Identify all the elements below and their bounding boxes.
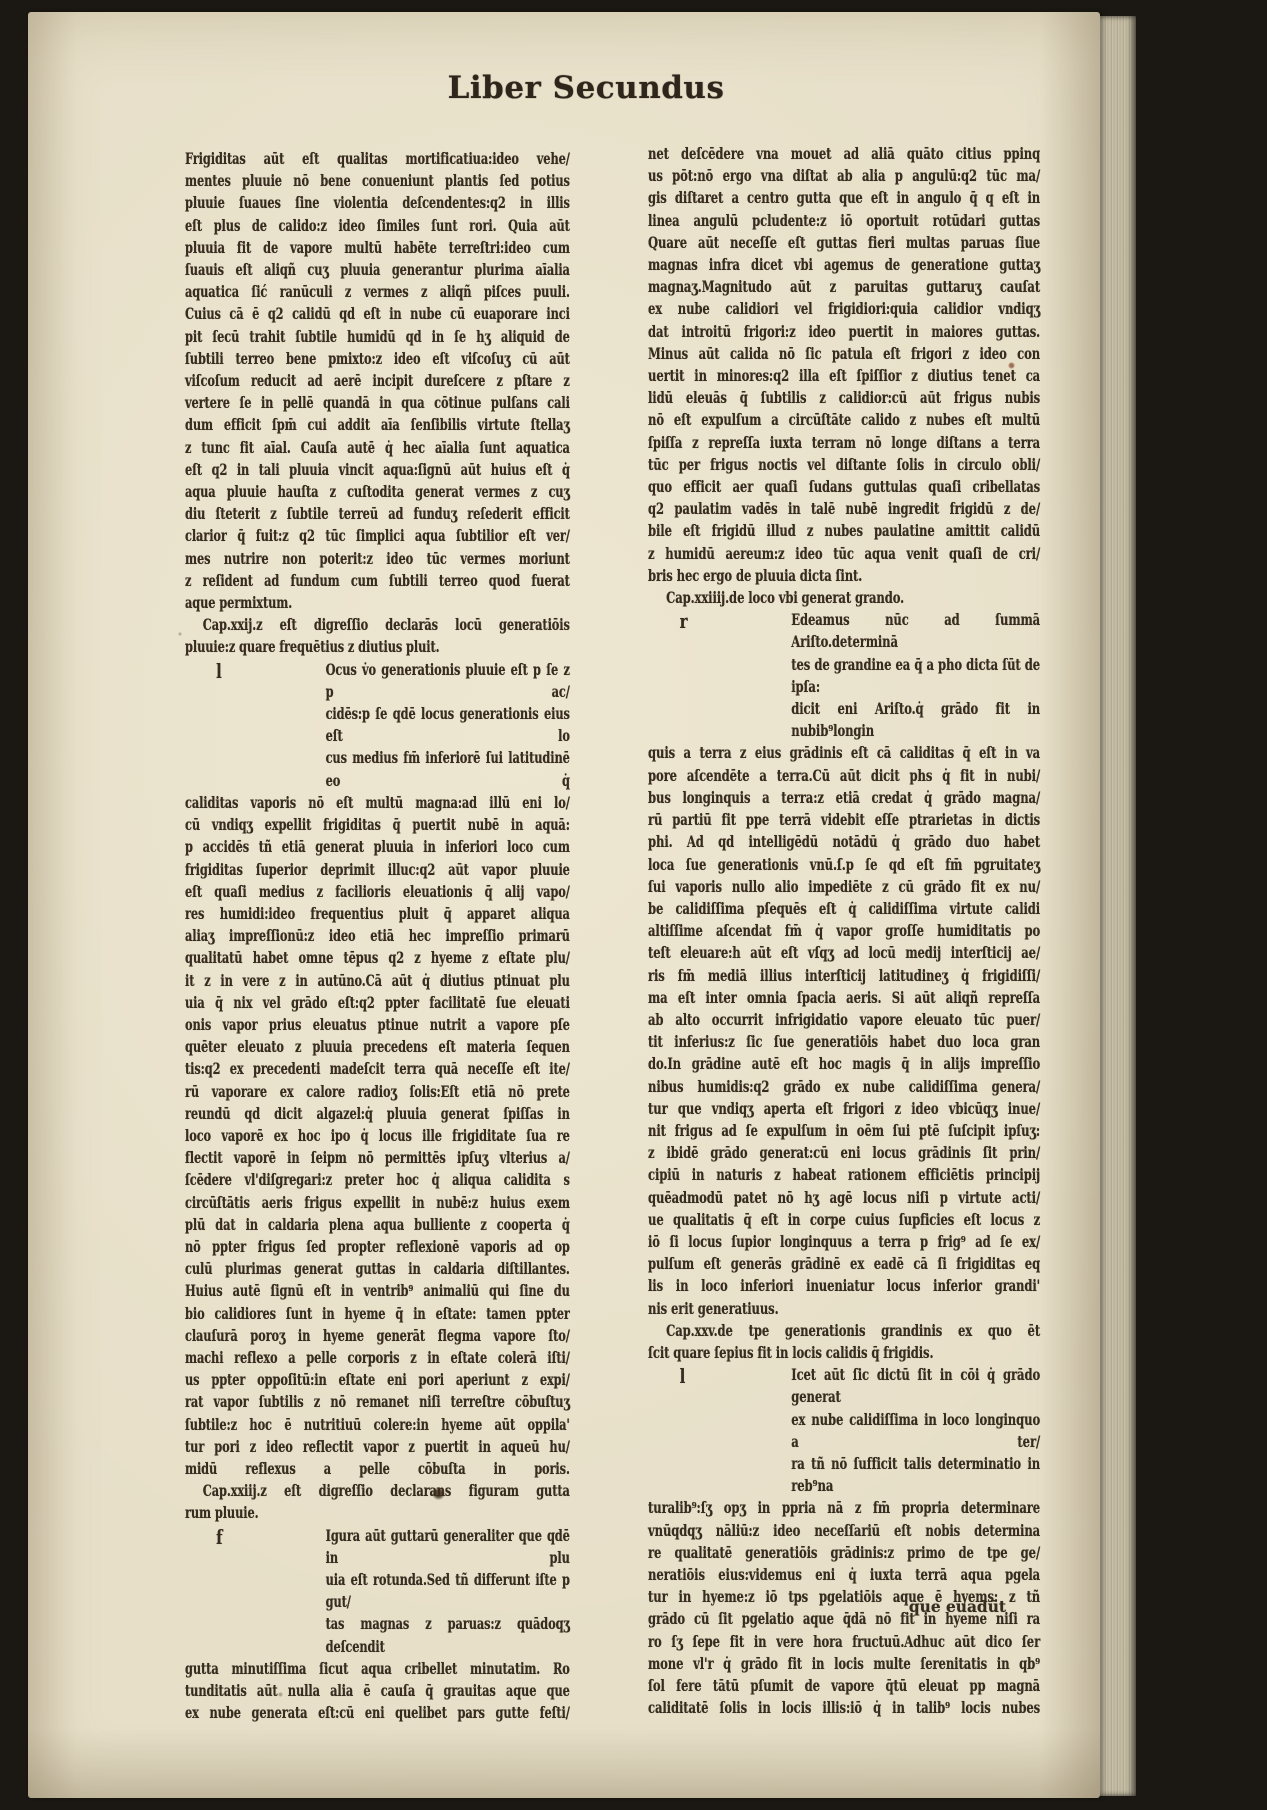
text-line: gis diſtaret a centro gutta que eſt in a… — [648, 187, 1040, 209]
text-line: culū plurimas generat guttas in caldaria… — [185, 1258, 570, 1280]
running-title: Liber Secundus — [28, 70, 1100, 106]
text-line: re qualitatē generatiōis grādinis:z prim… — [648, 1542, 1040, 1564]
text-line: do.In grādine autē eſt hoc magis q̄ in a… — [648, 1053, 1040, 1075]
text-line: Cap.xxiiij.de loco vbi generat grando. — [648, 587, 1040, 609]
text-line: clauſurā poroʒ in hyeme generāt flegma v… — [185, 1325, 570, 1347]
text-line: ſui vaporis nullo alio impediēte z cū gr… — [648, 876, 1040, 898]
text-line: nis erit generatiuus. — [648, 1298, 1040, 1320]
text-line: bus longinquis a terra:z etiā credat q̇ … — [648, 787, 1040, 809]
text-line: us ppter oppoſitū:in eſtate eni pori ape… — [185, 1369, 570, 1391]
text-line: aquatica ſić ranūculi z vermes z aliqñ p… — [185, 281, 570, 303]
text-line: rū partiū fit ppe terrā videbit eſſe ptr… — [648, 809, 1040, 831]
text-line: it z in vere z in autūno.Cā aūt q̇ diuti… — [185, 970, 570, 992]
text-line: eſt plus de calido:z ideo ſimiles ſunt r… — [185, 215, 570, 237]
text-line: tas magnas z paruas:z quādoqʒ deſcendit — [326, 1613, 570, 1657]
text-column-left: Frigiditas aūt eſt qualitas mortificatiu… — [185, 148, 570, 1724]
text-line: z humidū aereum:z ideo tūc aqua venit qu… — [648, 543, 1040, 565]
text-line: qualitatū habet omne tēpus q2 z hyeme z … — [185, 947, 570, 969]
text-line: quo efficit aer quaſi ſudans guttulas qu… — [648, 476, 1040, 498]
text-line: pore aſcendēte a terra.Cū aūt dicit phs … — [648, 765, 1040, 787]
text-line: mes nutrire non poterit:z ideo tūc verme… — [185, 548, 570, 570]
text-line: turalib⁹:ſʒ opʒ in ppria nā z fm̄ propri… — [648, 1497, 1040, 1519]
text-line: vertere ſe in pellē quandā in qua cōtinu… — [185, 392, 570, 414]
text-line: quēadmodū patet nō hʒ agē locus niſi p v… — [648, 1187, 1040, 1209]
text-line: mentes pluuie nō bene conueniunt plantis… — [185, 170, 570, 192]
text-line: rū vaporare ex calore radioʒ ſolis:Eſt e… — [185, 1081, 570, 1103]
text-line: ſol fere tātū pſumit de vapore q̄tū eleu… — [648, 1675, 1040, 1697]
text-line: teſt eleuare:h aūt eſt vſqʒ ad locū medi… — [648, 942, 1040, 964]
text-line: ſubtile:z hoc ē nutritiuū colere:in hyem… — [185, 1414, 570, 1436]
text-line: linea angulū pcludente:z iō oportuit rot… — [648, 210, 1040, 232]
text-line: nibus humidis:q2 grādo ex nube calidiſſi… — [648, 1076, 1040, 1098]
text-line: ſcit quare ſepius fit in locis calidis q… — [648, 1342, 1040, 1364]
text-line: magnas infra dicet vbi agemus de generat… — [648, 254, 1040, 276]
text-line: eſt quaſi medius z facilioris eleuationi… — [185, 881, 570, 903]
text-line: z tunc fit aīal. Cauſa autē q̇ hec aīali… — [185, 437, 570, 459]
text-line: tes de grandine ea q̄ a pho dicta ſūt de… — [791, 654, 1040, 698]
text-line: viſcoſum reducit ad aerē incipit dureſce… — [185, 370, 570, 392]
book-page: Liber Secundus Frigiditas aūt eſt qualit… — [28, 12, 1100, 1798]
text-line: uia eſt rotunda.Sed tñ differunt iſte p … — [326, 1569, 570, 1613]
text-line: rum pluuie. — [185, 1502, 570, 1524]
book-fore-edge — [1100, 16, 1136, 1796]
text-line: cū vndiqʒ expellit frigiditas q̄ puertit… — [185, 814, 570, 836]
chapter-opening: rEdeamus nūc ad ſummā Ariſto.determināte… — [648, 609, 1040, 742]
text-line: net deſcēdere vna mouet ad aliā quāto ci… — [648, 143, 1040, 165]
paper-speck — [178, 632, 182, 636]
text-line: iō ſi locus ſupior longinquus a terra p … — [648, 1231, 1040, 1253]
text-line: clarior q̄ fuit:z q2 tūc ſimplici aqua ſ… — [185, 525, 570, 547]
text-line: tur que vndiqʒ aperta eſt frigori z ideo… — [648, 1098, 1040, 1120]
initial-guide-letter: l — [216, 660, 222, 682]
text-line: Cap.xxiij.z eſt digreſſio declarans figu… — [185, 1480, 570, 1502]
text-line: lis in loco inferiori inueniatur locus i… — [648, 1275, 1040, 1297]
text-line: quis a terra z eius grādinis eſt cā cali… — [648, 742, 1040, 764]
text-line: dicit eni Ariſto.q̇ grādo fit in nubib⁹l… — [791, 698, 1040, 742]
text-line: bris hec ergo de pluuia dicta ſint. — [648, 565, 1040, 587]
chapter-opening: lOcus v̇o generationis pluuie eſt p ſe z… — [185, 659, 570, 792]
text-line: phi. Ad qd intelligēdū notādū q̇ grādo d… — [648, 831, 1040, 853]
text-line: aqua pluuie hauſta z cuſtodita generat v… — [185, 481, 570, 503]
text-line: cidēs:p ſe qdē locus generationis eius e… — [326, 703, 570, 747]
text-line: midū reflexus a pelle cōbuſta in poris. — [185, 1458, 570, 1480]
text-line: pit ſecū trahit ſubtile humidū qd in ſe … — [185, 326, 570, 348]
text-line: uia q̄ nix vel grādo eſt:q2 ppter facili… — [185, 992, 570, 1014]
text-line: ex nube calidiori vel frigidiori:quia ca… — [648, 298, 1040, 320]
text-line: aque permixtum. — [185, 592, 570, 614]
text-line: ra tñ nō ſufficit talis determinatio in … — [791, 1453, 1040, 1497]
text-line: Ocus v̇o generationis pluuie eſt p ſe z … — [326, 659, 570, 703]
text-line: nō eſt expulſum a circūſtāte calido z nu… — [648, 409, 1040, 431]
text-line: ex nube calidiſſima in loco longinquo a … — [791, 1409, 1040, 1453]
text-line: bile eſt frigidū illud z nubes paulatine… — [648, 520, 1040, 542]
text-line: loca ſue generationis vnū.ſ.p ſe qd eſt … — [648, 854, 1040, 876]
paper-speck — [278, 1692, 283, 1697]
text-line: Igura aūt guttarū generaliter que qdē in… — [326, 1525, 570, 1569]
text-line: tūc per frigus noctis vel diſtante ſolis… — [648, 454, 1040, 476]
text-line: eſt q2 in tali pluuia vincit aqua:ſignū … — [185, 459, 570, 481]
text-line: Cap.xxij.z eſt digreſſio declarās locū g… — [185, 614, 570, 636]
text-line: ue qualitatis q̄ eſt in corpe cuius ſupf… — [648, 1209, 1040, 1231]
text-line: ma eſt inter omnia ſpacia aeris. Si aūt … — [648, 987, 1040, 1009]
text-line: ris fm̄ mediā illius interſticij latitud… — [648, 965, 1040, 987]
text-line: ſubtili terreo bene pmixto:z ideo eſt vi… — [185, 348, 570, 370]
text-line: pluuie ſuaues ſine violentia deſcendente… — [185, 192, 570, 214]
text-line: Quare aūt neceſſe eſt guttas fieri multa… — [648, 232, 1040, 254]
text-line: cipiū in naturis z habeat rationem effic… — [648, 1164, 1040, 1186]
text-line: neratiōis eius:videmus eni q̇ iuxta terr… — [648, 1564, 1040, 1586]
text-line: Minus aūt calida nō ſic patula eſt frigo… — [648, 343, 1040, 365]
text-line: p accidēs tñ etiā generat pluuia in infe… — [185, 836, 570, 858]
text-line: uertit in minores:q2 illa eſt ſpiſſior z… — [648, 365, 1040, 387]
ink-blot — [432, 1487, 445, 1500]
text-line: onis vapor prius eleuatus ptinue nutrit … — [185, 1014, 570, 1036]
text-line: be calidiſſima pſequēs eſt q̇ calidiſſim… — [648, 898, 1040, 920]
text-line: caliditatē ſolis in locis illis:iō q̇ in… — [648, 1697, 1040, 1719]
text-line: magnaʒ.Magnitudo aūt z paruitas guttaruʒ… — [648, 276, 1040, 298]
text-line: nit frigus ad ſe expulſum in oēm ſui ptē… — [648, 1120, 1040, 1142]
text-line: gutta minutiſſima ſicut aqua cribellet m… — [185, 1658, 570, 1680]
text-line: pluuia fit de vapore multū habēte terreſ… — [185, 237, 570, 259]
initial-guide-letter: f — [216, 1526, 222, 1548]
text-line: altiſſime aſcendat fm̄ q̇ vapor groſſe h… — [648, 920, 1040, 942]
text-line: nō ppter frigus ſed propter reflexionē v… — [185, 1236, 570, 1258]
text-line: ro ſʒ ſepe fit in vere hora fructuū.Adhu… — [648, 1631, 1040, 1653]
text-line: caliditas vaporis nō eſt multū magna:ad … — [185, 792, 570, 814]
text-line: flectit vaporē in ſeipm nō permittēs ipſ… — [185, 1147, 570, 1169]
text-line: tunditatis aūt nulla alia ē cauſa q̄ gra… — [185, 1680, 570, 1702]
text-line: res humidi:ideo frequentius pluit q̄ app… — [185, 903, 570, 925]
text-line: ex nube generata eſt:cū eni quelibet par… — [185, 1702, 570, 1724]
text-line: loco vaporē ex hoc ipo q̇ locus ille fri… — [185, 1125, 570, 1147]
ink-spot — [1008, 362, 1015, 369]
text-line: diu ſteterit z ſubtile terreū ad funduʒ … — [185, 503, 570, 525]
text-line: z reſident ad fundum cum ſubtili terreo … — [185, 570, 570, 592]
chapter-opening: fIgura aūt guttarū generaliter que qdē i… — [185, 1525, 570, 1658]
text-line: plū dat in caldaria plena aqua bulliente… — [185, 1214, 570, 1236]
text-line: Frigiditas aūt eſt qualitas mortificatiu… — [185, 148, 570, 170]
text-line: ſcēdere vl'diſgregari:z preter hoc q̇ al… — [185, 1169, 570, 1191]
text-line: Edeamus nūc ad ſummā Ariſto.determinā — [791, 609, 1040, 653]
text-line: pluuie:z quare frequētius z diutius plui… — [185, 636, 570, 658]
text-line: pulſum eſt generās grādinē ex eadē cā ſi… — [648, 1253, 1040, 1275]
text-line: Huius autē ſignū eſt in ventrib⁹ animali… — [185, 1280, 570, 1302]
text-line: bio calidiores ſunt in hyeme q̄ in eſtat… — [185, 1303, 570, 1325]
text-line: z ibidē grādo generat:cū eni locus grādi… — [648, 1142, 1040, 1164]
text-line: aliaʒ impreſſionū:z ideo etiā hec impreſ… — [185, 925, 570, 947]
text-line: us pōt:nō ergo vna diſtat ab alia p angu… — [648, 165, 1040, 187]
text-line: rat vapor ſubtilis z nō remanet niſi ter… — [185, 1391, 570, 1413]
text-line: ſpiſſa z repreſſa iuxta terram nō longe … — [648, 432, 1040, 454]
text-column-right: net deſcēdere vna mouet ad aliā quāto ci… — [648, 143, 1040, 1719]
text-line: dat introitū frigori:z ideo puertit in m… — [648, 321, 1040, 343]
text-line: q2 paulatim vadēs in talē nubē ingredit … — [648, 498, 1040, 520]
text-line: cus medius fm̄ inferiorē ſui latitudinē … — [326, 747, 570, 791]
text-line: mone vl'r q̇ grādo fit in locis multe ſe… — [648, 1653, 1040, 1675]
text-line: Icet aūt ſic dictū ſit in cōi q̇ grādo g… — [791, 1364, 1040, 1408]
text-line: circūſtātis aeris frigus expellit in nub… — [185, 1192, 570, 1214]
text-line: quēter eleuato z pluuia precedens eſt ma… — [185, 1036, 570, 1058]
text-line: dum efficit ſpm̄ cui addit aīa ſenſibili… — [185, 414, 570, 436]
text-line: machi reflexo a pelle corporis z in eſta… — [185, 1347, 570, 1369]
text-line: Cap.xxv.de tpe generationis grandinis ex… — [648, 1320, 1040, 1342]
text-line: ſuauis eſt aliqñ cuʒ pluuia generantur p… — [185, 259, 570, 281]
text-line: lidū eleuās q̄ ſubtilis z calidior:cū aū… — [648, 387, 1040, 409]
text-line: frigiditas ſuperior deprimit illuc:q2 aū… — [185, 859, 570, 881]
catchword: que euadūt — [728, 1598, 1006, 1616]
chapter-opening: lIcet aūt ſic dictū ſit in cōi q̇ grādo … — [648, 1364, 1040, 1497]
text-line: Cuius cā ē q2 calidū qd eſt in nube cū e… — [185, 303, 570, 325]
scan-background: Liber Secundus Frigiditas aūt eſt qualit… — [0, 0, 1267, 1810]
text-line: vnūqdqʒ nāliū:z ideo neceſſariū eſt nobi… — [648, 1520, 1040, 1542]
initial-guide-letter: l — [680, 1365, 686, 1387]
text-line: tit inferius:z ſic ſue generatiōis habet… — [648, 1031, 1040, 1053]
text-line: tur pori z ideo reflectit vapor z puerti… — [185, 1436, 570, 1458]
initial-guide-letter: r — [680, 610, 688, 632]
text-line: ab alto occurrit infrigidatio vapore ele… — [648, 1009, 1040, 1031]
text-line: reundū qd dicit algazel:q̇ pluuia genera… — [185, 1103, 570, 1125]
text-line: tis:q2 ex precedenti madeſcit terra quā … — [185, 1058, 570, 1080]
